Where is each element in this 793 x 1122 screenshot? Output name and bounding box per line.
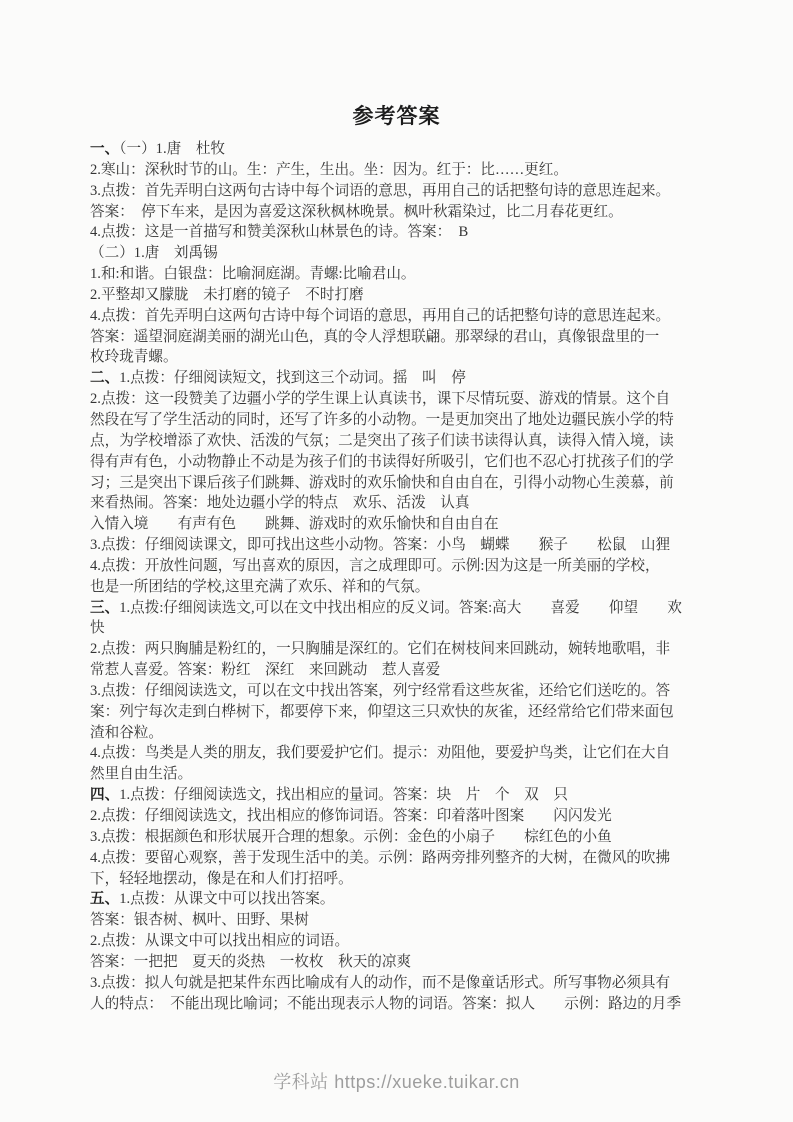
line-text: （二）1.唐 刘禹锡	[90, 245, 218, 261]
page-title: 参考答案	[0, 100, 793, 130]
line-text: 枚玲珑青螺。	[90, 349, 178, 365]
line-text: 答案：银杏树、枫叶、田野、果树	[90, 912, 309, 928]
line-text: 下，轻轻地摆动，像是在和人们打招呼。	[90, 871, 353, 887]
text-line: 然段在写了学生活动的同时，还写了许多的小动物。一是更加突出了地处边疆民族小学的特	[90, 410, 714, 431]
watermark-footer: 学科站 https://xueke.tuikar.cn	[0, 1068, 793, 1094]
section-number: 五、	[90, 891, 119, 907]
text-line: 枚玲珑青螺。	[90, 347, 714, 368]
line-text: 1.点拨：仔细阅读短文，找到这三个动词。摇 叫 停	[119, 370, 466, 386]
line-text: 人的特点： 不能出现比喻词；不能出现表示人物的词语。答案：拟人 示例：路边的月季	[90, 996, 681, 1012]
text-line: 快	[90, 618, 714, 639]
text-line: 入情入境 有声有色 跳舞、游戏时的欢乐愉快和自由自在	[90, 514, 714, 535]
site-url: https://xueke.tuikar.cn	[334, 1072, 520, 1092]
text-line: 来看热闹。答案：地处边疆小学的特点 欢乐、活泼 认真	[90, 493, 714, 514]
line-text: 3.点拨：拟人句就是把某件东西比喻成有人的动作，而不是像童话形式。所写事物必须具…	[90, 975, 670, 991]
text-line: 四、1.点拨：仔细阅读选文，找出相应的量词。答案：块 片 个 双 只	[90, 785, 714, 806]
text-line: 2.平整却又朦胧 未打磨的镜子 不时打磨	[90, 285, 714, 306]
line-text: 入情入境 有声有色 跳舞、游戏时的欢乐愉快和自由自在	[90, 516, 499, 532]
text-line: 2.点拨：仔细阅读选文，找出相应的修饰词语。答案：印着落叶图案 闪闪发光	[90, 806, 714, 827]
section-number: 三、	[90, 600, 119, 616]
text-line: 4.点拨：要留心观察，善于发现生活中的美。示例：路两旁排列整齐的大树，在微风的吹…	[90, 848, 714, 869]
line-text: 1.点拨:仔细阅读选文,可以在文中找出相应的反义词。答案:高大 喜爱 仰望 欢	[119, 600, 682, 616]
line-text: 答案：一把把 夏天的炎热 一枚枚 秋天的凉爽	[90, 954, 411, 970]
text-line: 2.点拨：从课文中可以找出相应的词语。	[90, 931, 714, 952]
text-line: 一、（一）1.唐 杜牧	[90, 139, 714, 160]
line-text: 习；三是突出下课后孩子们跳舞、游戏时的欢乐愉快和自由自在，引得小动物心生羡慕，前	[90, 475, 674, 491]
answer-key-body: 一、（一）1.唐 杜牧2.寒山：深秋时节的山。生：产生，生出。坐：因为。红于：比…	[90, 139, 714, 1014]
text-line: 3.点拨：拟人句就是把某件东西比喻成有人的动作，而不是像童话形式。所写事物必须具…	[90, 973, 714, 994]
line-text: 2.寒山：深秋时节的山。生：产生，生出。坐：因为。红于：比……更红。	[90, 162, 568, 178]
text-line: 习；三是突出下课后孩子们跳舞、游戏时的欢乐愉快和自由自在，引得小动物心生羡慕，前	[90, 473, 714, 494]
text-line: 点，为学校增添了欢快、活泼的气氛；二是突出了孩子们读书读得认真，读得入情入境，读	[90, 431, 714, 452]
text-line: 也是一所团结的学校,这里充满了欢乐、祥和的气氛。	[90, 577, 714, 598]
line-text: 2.点拨：两只胸脯是粉红的，一只胸脯是深红的。它们在树枝间来回跳动，婉转地歌唱，…	[90, 641, 670, 657]
line-text: 2.平整却又朦胧 未打磨的镜子 不时打磨	[90, 287, 364, 303]
text-line: 2.寒山：深秋时节的山。生：产生，生出。坐：因为。红于：比……更红。	[90, 160, 714, 181]
text-line: 下，轻轻地摆动，像是在和人们打招呼。	[90, 869, 714, 890]
text-line: 答案： 停下车来，是因为喜爱这深秋枫林晚景。枫叶秋霜染过，比二月春花更红。	[90, 202, 714, 223]
line-text: 2.点拨：这一段赞美了边疆小学的学生课上认真读书，课下尽情玩耍、游戏的情景。这个…	[90, 391, 670, 407]
line-text: 1.点拨：从课文中可以找出答案。	[119, 891, 334, 907]
line-text: 3.点拨：根据颜色和形状展开合理的想象。示例：金色的小扇子 棕红色的小鱼	[90, 829, 612, 845]
line-text: 得有声有色，小动物静止不动是为孩子们的书读得好所吸引，它们也不忍心打扰孩子们的学	[90, 454, 674, 470]
line-text: 然里自由生活。	[90, 766, 192, 782]
text-line: 五、1.点拨：从课文中可以找出答案。	[90, 889, 714, 910]
line-text: 4.点拨：这是一首描写和赞美深秋山林景色的诗。答案： B	[90, 224, 468, 240]
line-text: 4.点拨：鸟类是人类的朋友，我们要爱护它们。提示：劝阻他，要爱护鸟类，让它们在大…	[90, 745, 670, 761]
text-line: 4.点拨：鸟类是人类的朋友，我们要爱护它们。提示：劝阻他，要爱护鸟类，让它们在大…	[90, 743, 714, 764]
text-line: 三、1.点拨:仔细阅读选文,可以在文中找出相应的反义词。答案:高大 喜爱 仰望 …	[90, 598, 714, 619]
text-line: 人的特点： 不能出现比喻词；不能出现表示人物的词语。答案：拟人 示例：路边的月季	[90, 994, 714, 1015]
line-text: 4.点拨：要留心观察，善于发现生活中的美。示例：路两旁排列整齐的大树，在微风的吹…	[90, 850, 670, 866]
text-line: 然里自由生活。	[90, 764, 714, 785]
line-text: 3.点拨：首先弄明白这两句古诗中每个词语的意思，再用自己的话把整句诗的意思连起来…	[90, 183, 670, 199]
line-text: 来看热闹。答案：地处边疆小学的特点 欢乐、活泼 认真	[90, 495, 469, 511]
line-text: 点，为学校增添了欢快、活泼的气氛；二是突出了孩子们读书读得认真，读得入情入境，读	[90, 433, 674, 449]
text-line: 3.点拨：首先弄明白这两句古诗中每个词语的意思，再用自己的话把整句诗的意思连起来…	[90, 181, 714, 202]
section-number: 一、	[90, 141, 119, 157]
section-number: 四、	[90, 787, 119, 803]
line-text: 渣和谷粒。	[90, 725, 163, 741]
line-text: 然段在写了学生活动的同时，还写了许多的小动物。一是更加突出了地处边疆民族小学的特	[90, 412, 674, 428]
text-line: 常惹人喜爱。答案：粉红 深红 来回跳动 惹人喜爱	[90, 660, 714, 681]
line-text: 1.点拨：仔细阅读选文，找出相应的量词。答案：块 片 个 双 只	[119, 787, 568, 803]
text-line: 1.和:和谐。白银盘：比喻洞庭湖。青螺:比喻君山。	[90, 264, 714, 285]
line-text: 案：列宁每次走到白桦树下，都要停下来，仰望这三只欢快的灰雀，还经常给它们带来面包	[90, 704, 674, 720]
line-text: 2.点拨：仔细阅读选文，找出相应的修饰词语。答案：印着落叶图案 闪闪发光	[90, 808, 612, 824]
line-text: 4.点拨：开放性问题，写出喜欢的原因，言之成理即可。示例:因为这是一所美丽的学校…	[90, 558, 660, 574]
text-line: 4.点拨：这是一首描写和赞美深秋山林景色的诗。答案： B	[90, 222, 714, 243]
text-line: 答案：遥望洞庭湖美丽的湖光山色，真的令人浮想联翩。那翠绿的君山，真像银盘里的一	[90, 327, 714, 348]
line-text: 3.点拨：仔细阅读选文，可以在文中找出答案，列宁经常看这些灰雀，还给它们送吃的。…	[90, 683, 670, 699]
line-text: 2.点拨：从课文中可以找出相应的词语。	[90, 933, 349, 949]
line-text: 答案：遥望洞庭湖美丽的湖光山色，真的令人浮想联翩。那翠绿的君山，真像银盘里的一	[90, 329, 659, 345]
text-line: 3.点拨：根据颜色和形状展开合理的想象。示例：金色的小扇子 棕红色的小鱼	[90, 827, 714, 848]
text-line: 二、1.点拨：仔细阅读短文，找到这三个动词。摇 叫 停	[90, 368, 714, 389]
line-text: 3.点拨：仔细阅读课文，即可找出这些小动物。答案：小鸟 蝴蝶 猴子 松鼠 山狸	[90, 537, 670, 553]
line-text: 也是一所团结的学校,这里充满了欢乐、祥和的气氛。	[90, 579, 429, 595]
section-number: 二、	[90, 370, 119, 386]
text-line: 3.点拨：仔细阅读选文，可以在文中找出答案，列宁经常看这些灰雀，还给它们送吃的。…	[90, 681, 714, 702]
text-line: 渣和谷粒。	[90, 723, 714, 744]
line-text: 常惹人喜爱。答案：粉红 深红 来回跳动 惹人喜爱	[90, 662, 440, 678]
text-line: 3.点拨：仔细阅读课文，即可找出这些小动物。答案：小鸟 蝴蝶 猴子 松鼠 山狸	[90, 535, 714, 556]
text-line: 4.点拨：首先弄明白这两句古诗中每个词语的意思，再用自己的话把整句诗的意思连起来…	[90, 306, 714, 327]
line-text: 1.和:和谐。白银盘：比喻洞庭湖。青螺:比喻君山。	[90, 266, 416, 282]
text-line: 答案：银杏树、枫叶、田野、果树	[90, 910, 714, 931]
text-line: 2.点拨：两只胸脯是粉红的，一只胸脯是深红的。它们在树枝间来回跳动，婉转地歌唱，…	[90, 639, 714, 660]
line-text: 答案： 停下车来，是因为喜爱这深秋枫林晚景。枫叶秋霜染过，比二月春花更红。	[90, 204, 623, 220]
site-name: 学科站	[273, 1072, 329, 1092]
text-line: 4.点拨：开放性问题，写出喜欢的原因，言之成理即可。示例:因为这是一所美丽的学校…	[90, 556, 714, 577]
line-text: 4.点拨：首先弄明白这两句古诗中每个词语的意思，再用自己的话把整句诗的意思连起来…	[90, 308, 670, 324]
line-text: 快	[90, 620, 105, 636]
text-line: 2.点拨：这一段赞美了边疆小学的学生课上认真读书，课下尽情玩耍、游戏的情景。这个…	[90, 389, 714, 410]
text-line: 得有声有色，小动物静止不动是为孩子们的书读得好所吸引，它们也不忍心打扰孩子们的学	[90, 452, 714, 473]
text-line: 答案：一把把 夏天的炎热 一枚枚 秋天的凉爽	[90, 952, 714, 973]
text-line: （二）1.唐 刘禹锡	[90, 243, 714, 264]
line-text: （一）1.唐 杜牧	[119, 141, 225, 157]
document-page: 参考答案 一、（一）1.唐 杜牧2.寒山：深秋时节的山。生：产生，生出。坐：因为…	[0, 0, 793, 1122]
text-line: 案：列宁每次走到白桦树下，都要停下来，仰望这三只欢快的灰雀，还经常给它们带来面包	[90, 702, 714, 723]
